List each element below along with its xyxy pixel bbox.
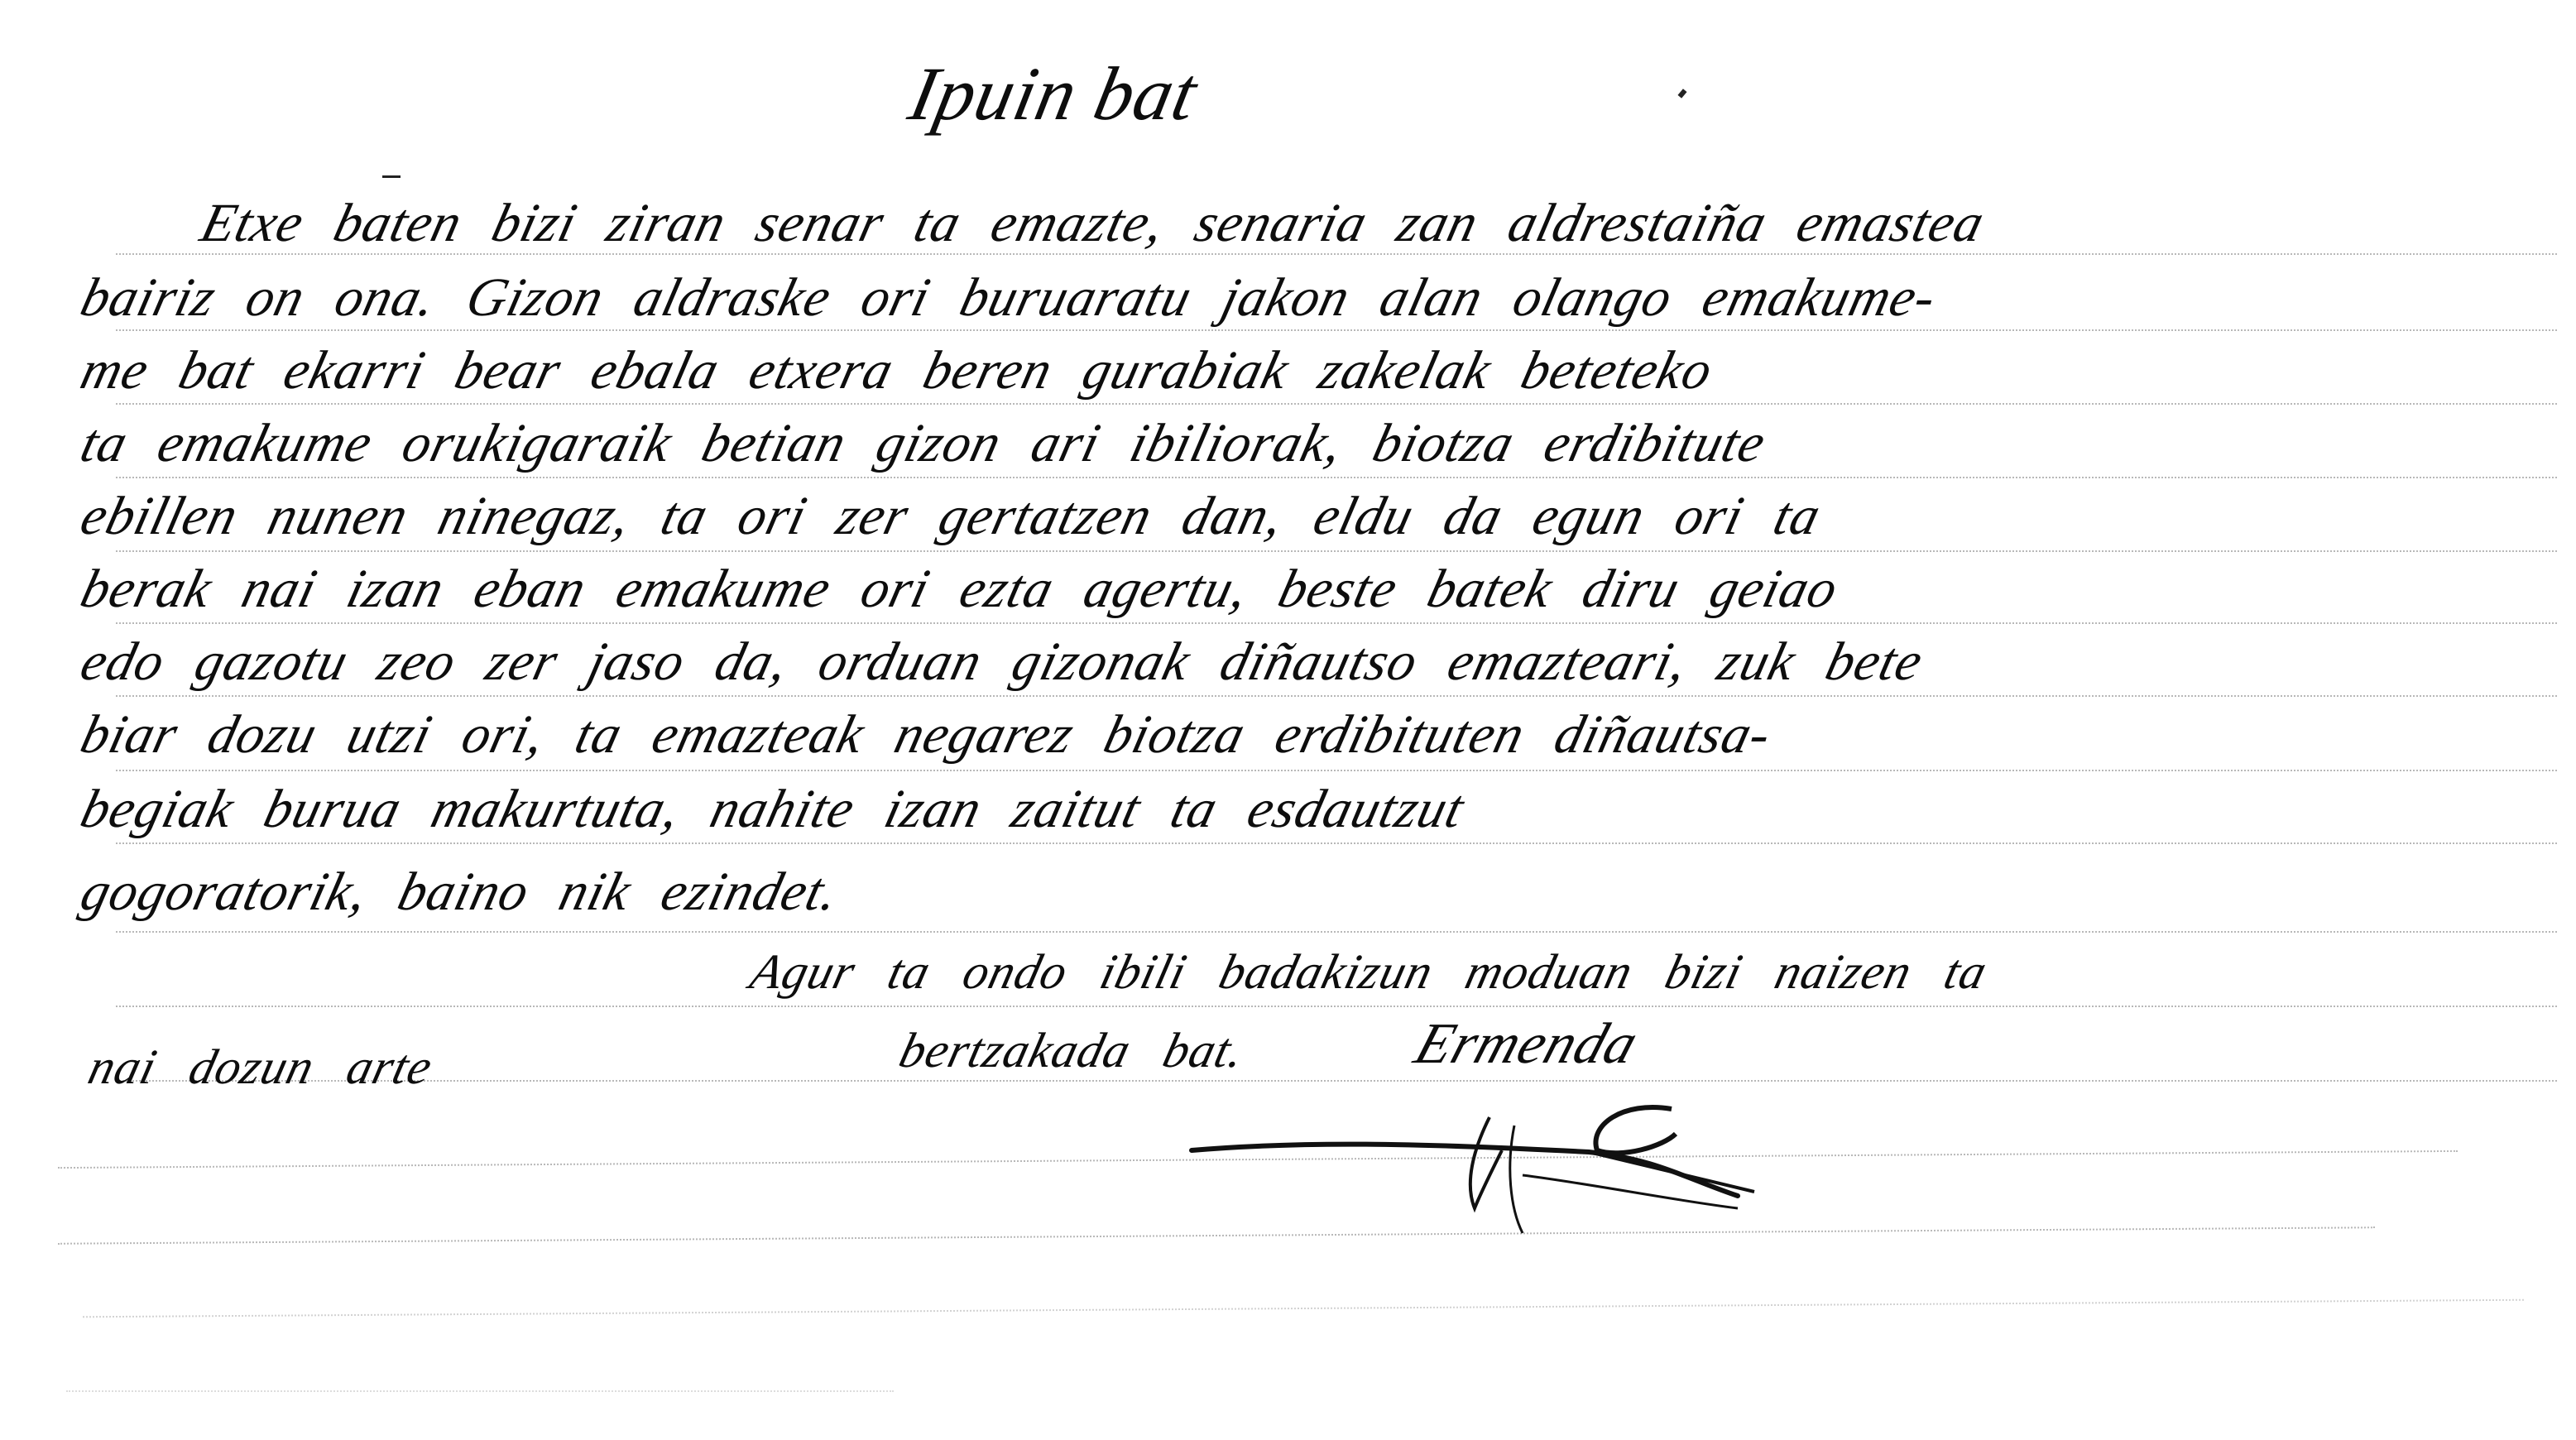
closing-line-left: nai dozun arte bbox=[83, 1039, 439, 1096]
ruled-line bbox=[116, 477, 2557, 478]
ruled-line bbox=[66, 1390, 894, 1392]
ruled-line bbox=[116, 329, 2557, 331]
letter-body-line: Etxe baten bizi ziran senar ta emazte, s… bbox=[194, 192, 1991, 255]
stray-mark bbox=[1677, 89, 1686, 98]
letter-body-line: begiak burua makurtuta, nahite izan zait… bbox=[74, 778, 1470, 841]
scanned-letter-page: Ipuin bat Etxe baten bizi ziran senar ta… bbox=[0, 0, 2576, 1440]
letter-body-line: edo gazotu zeo zer jaso da, orduan gizon… bbox=[74, 631, 1930, 694]
letter-body-line: gogoratorik, baino nik ezindet. bbox=[74, 861, 846, 924]
ruled-line bbox=[116, 770, 2557, 771]
ruled-line bbox=[116, 931, 2557, 933]
signature-flourish-icon bbox=[1158, 1101, 1903, 1233]
ruled-line bbox=[116, 403, 2557, 405]
ruled-line bbox=[116, 695, 2557, 697]
ruled-line bbox=[116, 622, 2557, 624]
letter-body-line: ebillen nunen ninegaz, ta ori zer gertat… bbox=[74, 485, 1827, 548]
ruled-line bbox=[116, 1080, 2557, 1082]
letter-body-line: biar dozu utzi ori, ta emazteak negarez … bbox=[74, 703, 1777, 766]
ruled-line bbox=[83, 1299, 2524, 1318]
letter-body-line: bairiz on ona. Gizon aldraske ori buruar… bbox=[74, 266, 1943, 329]
stray-mark bbox=[382, 175, 401, 178]
ruled-line bbox=[116, 842, 2557, 844]
letter-title: Ipuin bat bbox=[902, 50, 1205, 137]
letter-body-line: ta emakume orukigaraik betian gizon ari … bbox=[74, 412, 1772, 475]
letter-body-line: berak nai izan eban emakume ori ezta age… bbox=[74, 558, 1844, 621]
letter-body-line: me bat ekarri bear ebala etxera beren gu… bbox=[74, 339, 1719, 402]
closing-line-right: bertzakada bat. bbox=[894, 1022, 1251, 1079]
ruled-line bbox=[116, 1006, 2557, 1007]
closing-line: Agur ta ondo ibili badakizun moduan bizi… bbox=[745, 943, 1993, 1001]
signature: Ermenda bbox=[1407, 1011, 1647, 1078]
ruled-line bbox=[116, 550, 2557, 552]
